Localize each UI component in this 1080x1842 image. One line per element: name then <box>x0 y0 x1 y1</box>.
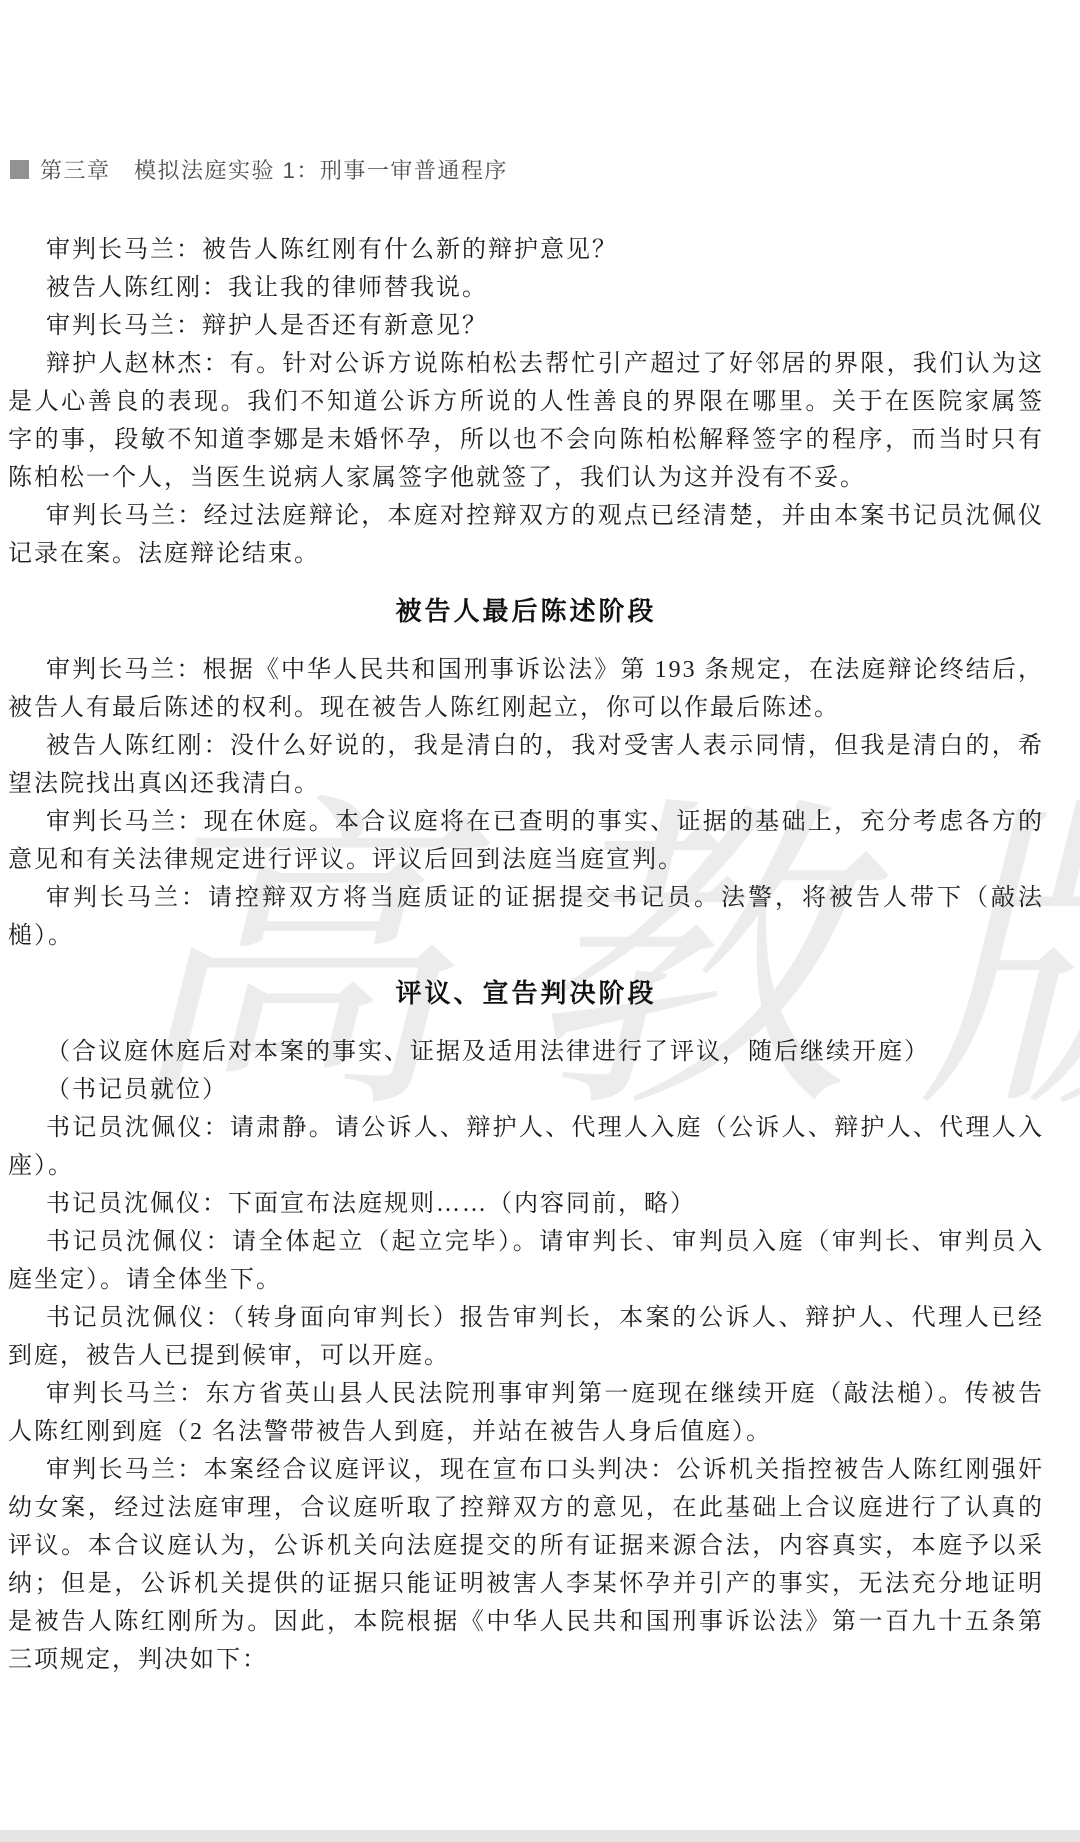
paragraph: （合议庭休庭后对本案的事实、证据及适用法律进行了评议，随后继续开庭） <box>8 1033 1044 1071</box>
running-head-title: 第三章 模拟法庭实验 1：刑事一审普通程序 <box>40 154 508 185</box>
paragraph: 书记员沈佩仪：下面宣布法庭规则……（内容同前，略） <box>8 1185 1044 1223</box>
paragraph: 审判长马兰：被告人陈红刚有什么新的辩护意见？ <box>8 231 1044 269</box>
paragraph: 书记员沈佩仪：请全体起立（起立完毕）。请审判长、审判员入庭（审判长、审判员入庭坐… <box>8 1223 1044 1299</box>
paragraph: 审判长马兰：现在休庭。本合议庭将在已查明的事实、证据的基础上，充分考虑各方的意见… <box>8 803 1044 879</box>
section-heading: 评议、宣告判决阶段 <box>8 975 1044 1013</box>
paragraph: 辩护人赵林杰：有。针对公诉方说陈柏松去帮忙引产超过了好邻居的界限，我们认为这是人… <box>8 345 1044 497</box>
running-head: 第三章 模拟法庭实验 1：刑事一审普通程序 <box>10 154 508 185</box>
book-page: 第三章 模拟法庭实验 1：刑事一审普通程序 高教版 审判长马兰：被告人陈红刚有什… <box>0 0 1080 1842</box>
chapter-marker-icon <box>10 160 29 179</box>
paragraph: （书记员就位） <box>8 1071 1044 1109</box>
paragraph: 审判长马兰：东方省英山县人民法院刑事审判第一庭现在继续开庭（敲法槌）。传被告人陈… <box>8 1375 1044 1451</box>
paragraph: 书记员沈佩仪：请肃静。请公诉人、辩护人、代理人入庭（公诉人、辩护人、代理人入座）… <box>8 1109 1044 1185</box>
paragraph: 书记员沈佩仪：（转身面向审判长）报告审判长，本案的公诉人、辩护人、代理人已经到庭… <box>8 1299 1044 1375</box>
paragraph: 审判长马兰：根据《中华人民共和国刑事诉讼法》第 193 条规定，在法庭辩论终结后… <box>8 651 1044 727</box>
paragraph: 被告人陈红刚：没什么好说的，我是清白的，我对受害人表示同情，但我是清白的，希望法… <box>8 727 1044 803</box>
page-edge-strip <box>0 1830 1080 1842</box>
paragraph: 审判长马兰：请控辩双方将当庭质证的证据提交书记员。法警，将被告人带下（敲法槌）。 <box>8 879 1044 955</box>
paragraph: 被告人陈红刚：我让我的律师替我说。 <box>8 269 1044 307</box>
transcript-body: 审判长马兰：被告人陈红刚有什么新的辩护意见？ 被告人陈红刚：我让我的律师替我说。… <box>8 231 1044 1679</box>
paragraph: 审判长马兰：本案经合议庭评议，现在宣布口头判决：公诉机关指控被告人陈红刚强奸幼女… <box>8 1451 1044 1679</box>
paragraph: 审判长马兰：经过法庭辩论，本庭对控辩双方的观点已经清楚，并由本案书记员沈佩仪记录… <box>8 497 1044 573</box>
paragraph: 审判长马兰：辩护人是否还有新意见？ <box>8 307 1044 345</box>
section-heading: 被告人最后陈述阶段 <box>8 593 1044 631</box>
